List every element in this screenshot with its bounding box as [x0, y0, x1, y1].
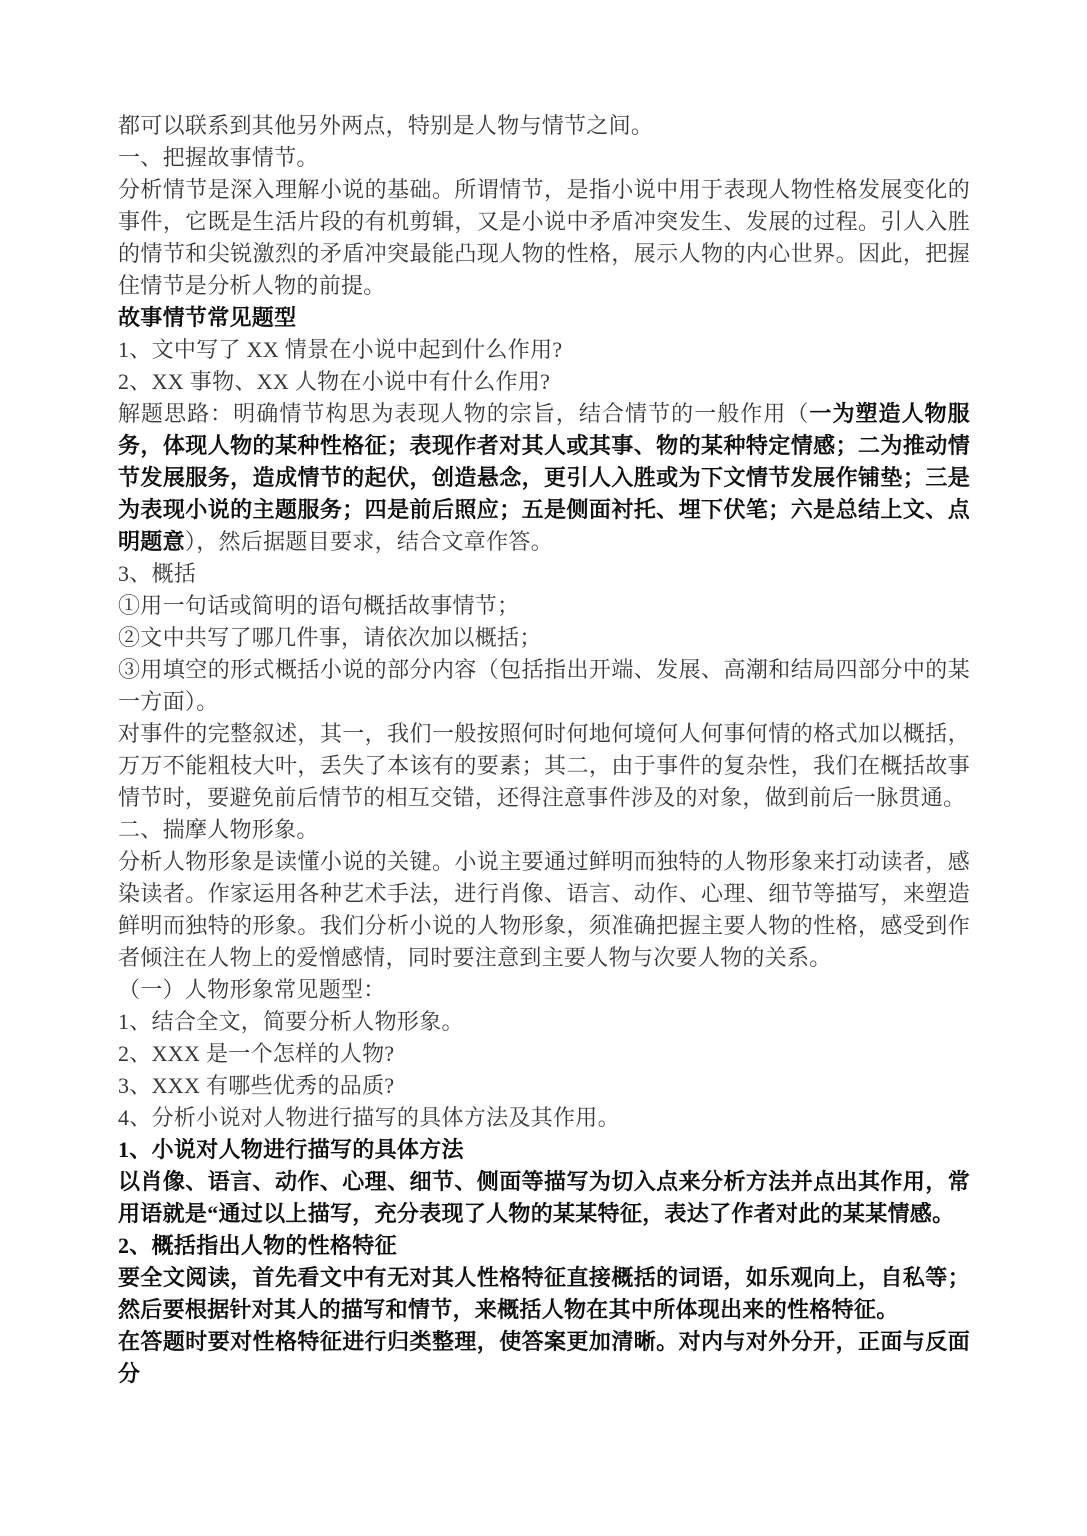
- paragraph-personality-traits-body: 要全文阅读，首先看文中有无对其人性格特征直接概括的词语，如乐观向上，自私等；然后…: [118, 1262, 970, 1326]
- paragraph-character-question-3: 3、XXX 有哪些优秀的品质?: [118, 1070, 970, 1102]
- paragraph-section-2-title: 二、揣摩人物形象。: [118, 814, 970, 846]
- paragraph-heading-personality-traits: 2、概括指出人物的性格特征: [118, 1230, 970, 1262]
- bold-text-segment: 要全文阅读，首先看文中有无对其人性格特征直接概括的词语，如乐观向上，自私等；然后…: [118, 1265, 970, 1322]
- text-segment: 一、把握故事情节。: [118, 145, 319, 170]
- paragraph-character-question-2: 2、XXX 是一个怎样的人物?: [118, 1038, 970, 1070]
- paragraph-character-analysis: 分析人物形象是读懂小说的关键。小说主要通过鲜明而独特的人物形象来打动读者，感染读…: [118, 846, 970, 974]
- paragraph-character-question-types-title: （一）人物形象常见题型：: [118, 974, 970, 1006]
- paragraph-question-2: 2、XX 事物、XX 人物在小说中有什么作用?: [118, 366, 970, 398]
- text-segment: 3、概括: [118, 561, 196, 586]
- text-segment: 分析人物形象是读懂小说的关键。小说主要通过鲜明而独特的人物形象来打动读者，感染读…: [118, 849, 970, 970]
- paragraph-plot-analysis: 分析情节是深入理解小说的基础。所谓情节，是指小说中用于表现人物性格发展变化的事件…: [118, 174, 970, 302]
- text-segment: 都可以联系到其他另外两点，特别是人物与情节之间。: [118, 113, 653, 138]
- text-segment: ③用填空的形式概括小说的部分内容（包括指出开端、发展、高潮和结局四部分中的某一方…: [118, 657, 970, 714]
- document-page: 都可以联系到其他另外两点，特别是人物与情节之间。一、把握故事情节。分析情节是深入…: [0, 0, 1087, 1536]
- text-segment: ①用一句话或简明的语句概括故事情节；: [118, 593, 519, 618]
- bold-text-segment: 以肖像、语言、动作、心理、细节、侧面等描写为切入点来分析方法并点出其作用，常用语…: [118, 1169, 970, 1226]
- paragraph-character-question-1: 1、结合全文，简要分析人物形象。: [118, 1006, 970, 1038]
- text-segment: ②文中共写了哪几件事，请依次加以概括；: [118, 625, 542, 650]
- text-segment: 对事件的完整叙述，其一，我们一般按照何时何地何境何人何事何情的格式加以概括，万万…: [118, 721, 970, 810]
- paragraph-answer-organization: 在答题时要对性格特征进行归类整理，使答案更加清晰。对内与对外分开，正面与反面分: [118, 1326, 970, 1390]
- paragraph-description-methods-body: 以肖像、语言、动作、心理、细节、侧面等描写为切入点来分析方法并点出其作用，常用语…: [118, 1166, 970, 1230]
- paragraph-heading-description-methods: 1、小说对人物进行描写的具体方法: [118, 1134, 970, 1166]
- text-segment: 2、XX 事物、XX 人物在小说中有什么作用?: [118, 369, 550, 394]
- bold-text-segment: 在答题时要对性格特征进行归类整理，使答案更加清晰。对内与对外分开，正面与反面分: [118, 1329, 970, 1386]
- paragraph-section-1-title: 一、把握故事情节。: [118, 142, 970, 174]
- text-segment: 4、分析小说对人物进行描写的具体方法及其作用。: [118, 1105, 620, 1130]
- text-segment: 解题思路：明确情节构思为表现人物的宗旨，结合情节的一般作用（: [118, 401, 809, 426]
- paragraph-character-question-4: 4、分析小说对人物进行描写的具体方法及其作用。: [118, 1102, 970, 1134]
- text-segment: （一）人物形象常见题型：: [118, 977, 386, 1002]
- paragraph-event-narration-notes: 对事件的完整叙述，其一，我们一般按照何时何地何境何人何事何情的格式加以概括，万万…: [118, 718, 970, 814]
- paragraph-summarize-item-3: ③用填空的形式概括小说的部分内容（包括指出开端、发展、高潮和结局四部分中的某一方…: [118, 654, 970, 718]
- paragraph-summarize-item-1: ①用一句话或简明的语句概括故事情节；: [118, 590, 970, 622]
- text-segment: 分析情节是深入理解小说的基础。所谓情节，是指小说中用于表现人物性格发展变化的事件…: [118, 177, 970, 298]
- paragraph-summarize-item-2: ②文中共写了哪几件事，请依次加以概括；: [118, 622, 970, 654]
- paragraph-answer-approach: 解题思路：明确情节构思为表现人物的宗旨，结合情节的一般作用（一为塑造人物服务，体…: [118, 398, 970, 558]
- text-segment: 1、结合全文，简要分析人物形象。: [118, 1009, 464, 1034]
- bold-text-segment: 1、小说对人物进行描写的具体方法: [118, 1137, 464, 1162]
- paragraph-intro-carryover: 都可以联系到其他另外两点，特别是人物与情节之间。: [118, 110, 970, 142]
- paragraph-question-1: 1、文中写了 XX 情景在小说中起到什么作用?: [118, 334, 970, 366]
- text-segment: 1、文中写了 XX 情景在小说中起到什么作用?: [118, 337, 562, 362]
- bold-text-segment: 故事情节常见题型: [118, 305, 296, 330]
- text-segment: ），然后据题目要求，结合文章作答。: [185, 529, 553, 554]
- paragraph-heading-plot-question-types: 故事情节常见题型: [118, 302, 970, 334]
- text-segment: 二、揣摩人物形象。: [118, 817, 319, 842]
- text-segment: 3、XXX 有哪些优秀的品质?: [118, 1073, 394, 1098]
- bold-text-segment: 2、概括指出人物的性格特征: [118, 1233, 397, 1258]
- text-segment: 2、XXX 是一个怎样的人物?: [118, 1041, 394, 1066]
- document-body: 都可以联系到其他另外两点，特别是人物与情节之间。一、把握故事情节。分析情节是深入…: [118, 110, 970, 1390]
- paragraph-question-3: 3、概括: [118, 558, 970, 590]
